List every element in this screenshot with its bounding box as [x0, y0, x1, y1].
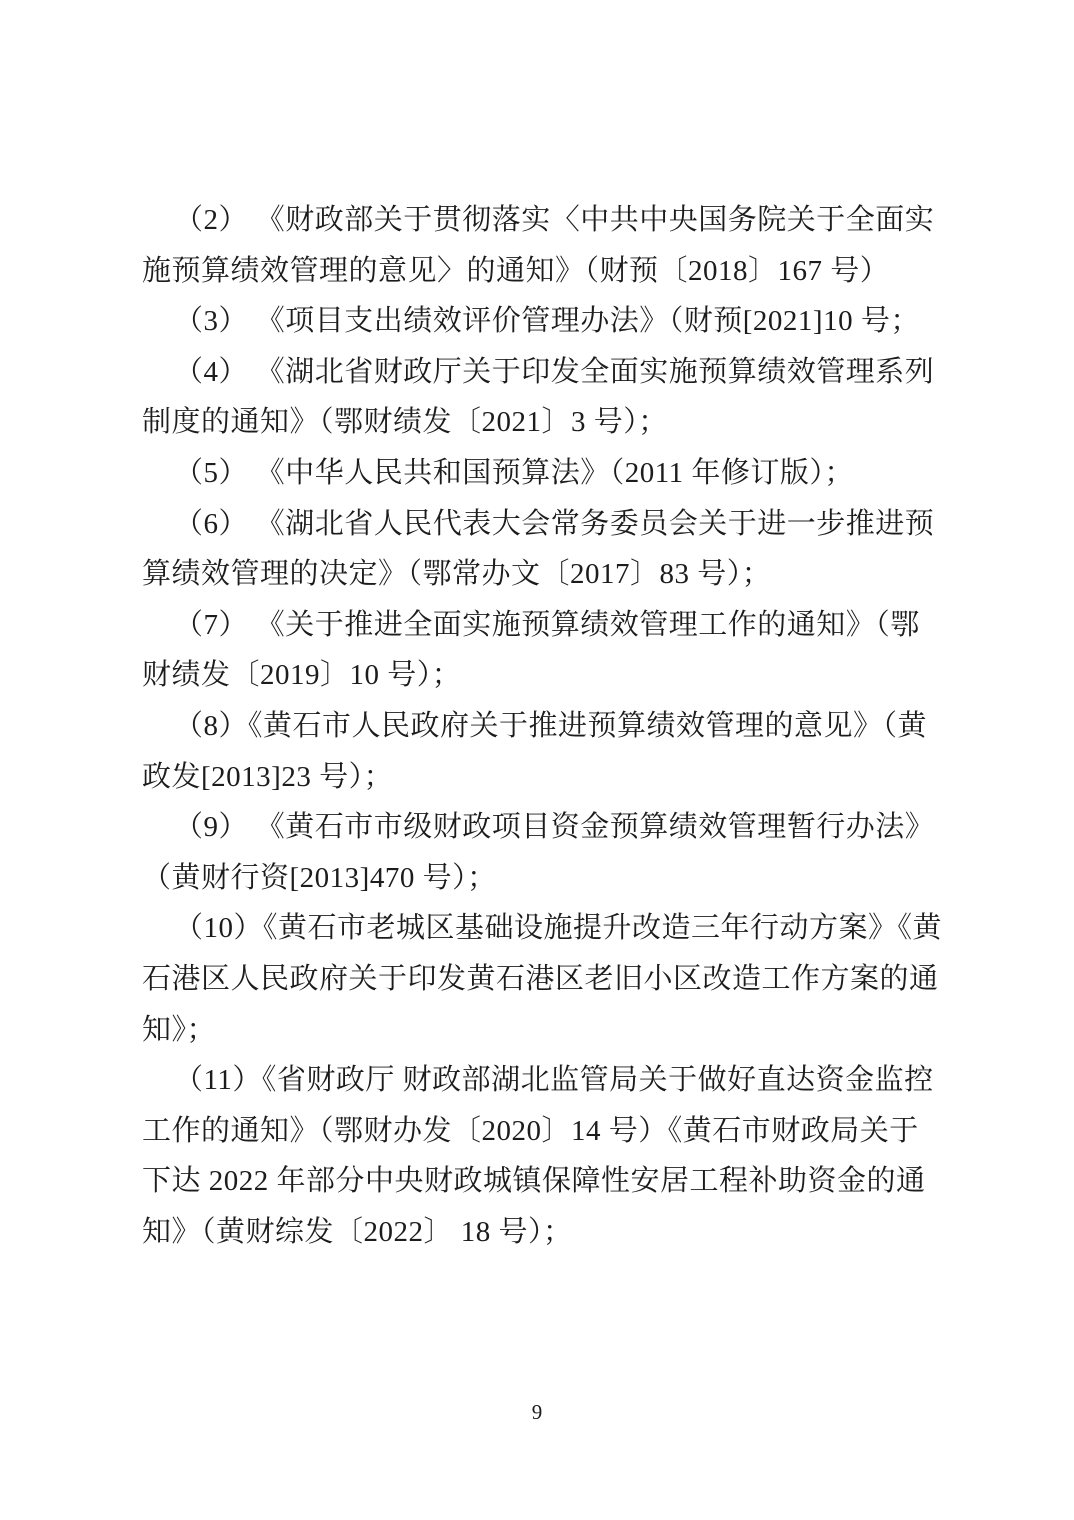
document-line: （2） 《财政部关于贯彻落实〈中共中央国务院关于全面实	[142, 195, 942, 246]
document-line: （5） 《中华人民共和国预算法》（2011 年修订版）；	[142, 448, 942, 499]
document-line: 算绩效管理的决定》（鄂常办文〔2017〕83 号）；	[142, 549, 942, 600]
page-footer: 9	[0, 1400, 1074, 1425]
document-line: （9） 《黄石市市级财政项目资金预算绩效管理暂行办法》	[142, 802, 942, 853]
document-line: （7） 《关于推进全面实施预算绩效管理工作的通知》（鄂	[142, 600, 942, 651]
document-line: （黄财行资[2013]470 号）；	[142, 853, 942, 904]
document-line: （4） 《湖北省财政厅关于印发全面实施预算绩效管理系列	[142, 347, 942, 398]
document-line: 下达 2022 年部分中央财政城镇保障性安居工程补助资金的通	[142, 1156, 942, 1207]
document-line: 施预算绩效管理的意见〉的通知》（财预〔2018〕167 号）	[142, 246, 942, 297]
document-line: （6） 《湖北省人民代表大会常务委员会关于进一步推进预	[142, 499, 942, 550]
document-line: 工作的通知》（鄂财办发〔2020〕14 号）《黄石市财政局关于	[142, 1106, 942, 1157]
document-line: （11）《省财政厅 财政部湖北监管局关于做好直达资金监控	[142, 1055, 942, 1106]
document-page: （2） 《财政部关于贯彻落实〈中共中央国务院关于全面实 施预算绩效管理的意见〉的…	[0, 0, 1074, 1520]
page-number: 9	[532, 1400, 543, 1424]
document-line: （8）《黄石市人民政府关于推进预算绩效管理的意见》（黄	[142, 701, 942, 752]
document-line: 政发[2013]23 号）；	[142, 752, 942, 803]
document-line: （3） 《项目支出绩效评价管理办法》（财预[2021]10 号；	[142, 296, 942, 347]
document-line: 知》（黄财综发〔2022〕 18 号）；	[142, 1207, 942, 1258]
document-line: 制度的通知》（鄂财绩发〔2021〕3 号）；	[142, 397, 942, 448]
document-line: （10）《黄石市老城区基础设施提升改造三年行动方案》《黄	[142, 903, 942, 954]
document-line: 知》；	[142, 1005, 942, 1056]
document-line: 石港区人民政府关于印发黄石港区老旧小区改造工作方案的通	[142, 954, 942, 1005]
document-line: 财绩发〔2019〕10 号）；	[142, 650, 942, 701]
document-body: （2） 《财政部关于贯彻落实〈中共中央国务院关于全面实 施预算绩效管理的意见〉的…	[142, 195, 942, 1257]
